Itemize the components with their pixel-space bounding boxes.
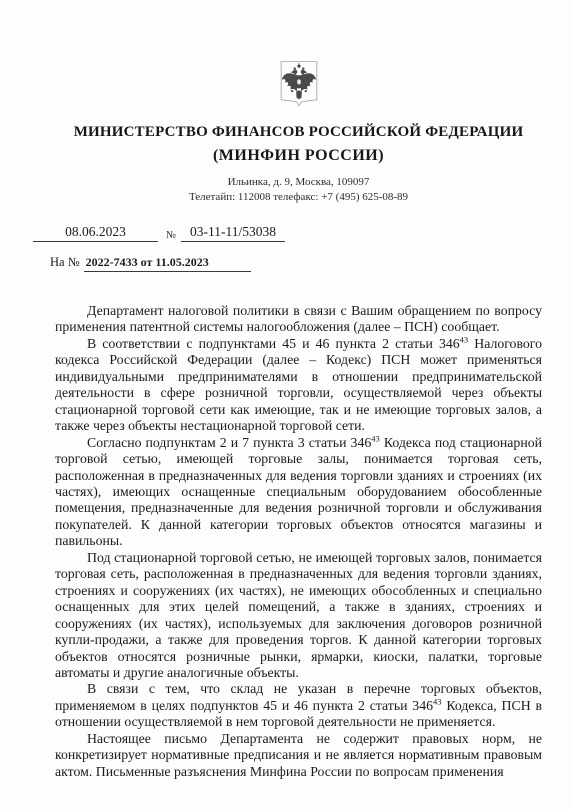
reference-block: 08.06.2023 № 03-11-11/53038 На №2022-743… [33, 224, 572, 272]
paragraph: В связи с тем, что склад не указан в пер… [55, 681, 542, 730]
reference-row-incoming: На №2022-7433 от 11.05.2023 [50, 255, 572, 272]
superscript: 43 [433, 696, 442, 706]
contact-line: Телетайп: 112008 телефакс: +7 (495) 625-… [55, 191, 542, 203]
reference-row-outgoing: 08.06.2023 № 03-11-11/53038 [33, 224, 572, 242]
letterhead: МИНИСТЕРСТВО ФИНАНСОВ РОССИЙСКОЙ ФЕДЕРАЦ… [55, 0, 542, 203]
paragraph: Согласно подпунктам 2 и 7 пункта 3 стать… [55, 435, 542, 550]
letter-number: 03-11-11/53038 [181, 224, 285, 242]
address-line: Ильинка, д. 9, Москва, 109097 [55, 176, 542, 188]
ministry-name: МИНИСТЕРСТВО ФИНАНСОВ РОССИЙСКОЙ ФЕДЕРАЦ… [55, 124, 542, 141]
paragraph: Настоящее письмо Департамента не содержи… [55, 731, 542, 780]
paragraph: Департамент налоговой политики в связи с… [55, 303, 542, 336]
letter-page: МИНИСТЕРСТВО ФИНАНСОВ РОССИЙСКОЙ ФЕДЕРАЦ… [0, 0, 572, 809]
superscript: 43 [460, 334, 469, 344]
ministry-short-name: (МИНФИН РОССИИ) [55, 147, 542, 165]
number-sign: № [166, 230, 176, 241]
superscript: 43 [371, 433, 380, 443]
letter-body: Департамент налоговой политики в связи с… [55, 303, 542, 780]
paragraph: Под стационарной торговой сетью, не имею… [55, 550, 542, 682]
reply-reference: 2022-7433 от 11.05.2023 [84, 255, 251, 272]
paragraph: В соответствии с подпунктами 45 и 46 пун… [55, 336, 542, 435]
letter-date: 08.06.2023 [33, 224, 158, 242]
coat-of-arms-icon [279, 57, 319, 111]
reply-prefix: На № [50, 255, 80, 269]
